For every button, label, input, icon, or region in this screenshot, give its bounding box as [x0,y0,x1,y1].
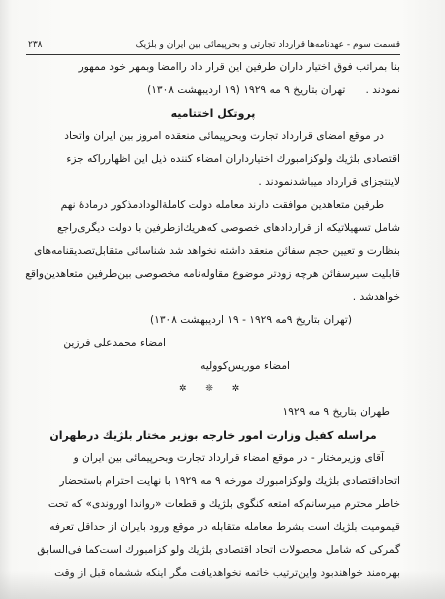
text-line: اتحاداقتصادی بلژیك ولوکزامبورك مورخه ۹ م… [26,470,400,493]
section-ornament-icon: ✲ ❊ ✲ [26,378,400,401]
text-line: اقتصادی بلژیك ولوکزامبورك اختیارداران ام… [26,148,400,171]
header-title: قرارداد تجارتی و بحرپیمائی بین ایران و ب… [136,40,305,50]
text-line: در موقع امضای قرارداد تجارت وبحرپیمائی م… [26,125,400,148]
protocol-heading: پروتکل اختتامیه [26,102,400,125]
page-body: بنا بمراتب فوق اختیار داران طرفین این قر… [26,56,400,585]
text-line: قابلیت سیرسفائن هرچه زودتر موضوع مقاوله‌… [26,263,400,286]
signature-farzin: امضاء محمدعلی فرزین [0,332,166,355]
text-line: خاطر محترم میرسانم‌که امتعه کنگوی بلژیك … [26,493,400,516]
text-line: آقای وزیرمختار - در موقع امضاء قرارداد ت… [26,447,400,470]
text-line: بنظارت و تعیین حجم سفائن منعقد داشته نخو… [26,240,400,263]
text-line: شامل تسهیلاتیکه از قراردادهای خصوصی که‌ه… [26,217,400,240]
text-line: بنا بمراتب فوق اختیار داران طرفین این قر… [26,56,400,79]
text-line: لاینتجزای قرارداد میباشدنمودند . [26,171,400,194]
signature-date: (تهران بتاریخ ۹مه ۱۹۲۹ - ۱۹ اردیبهشت ۱۳۰… [142,309,400,332]
text-line: طرفین متعاهدین موافقت دارند معامله دولت … [26,194,400,217]
header-section-label: قسمت سوم - عهدنامه‌ها [307,40,400,50]
scan-edge-shadow [0,571,445,599]
page-number: ۲۳۸ [28,40,43,50]
letter-heading: مراسله کفیل وزارت امور خارجه بوزیر مختار… [26,424,400,447]
running-header: قسمت سوم - عهدنامه‌ها قرارداد تجارتی و ب… [26,38,400,55]
scanned-page: قسمت سوم - عهدنامه‌ها قرارداد تجارتی و ب… [0,0,445,599]
text-line: گمرکی که شامل محصولات اتحاد اقتصادی بلژی… [26,539,400,562]
signature-couvelier: امضاء موریس‌کوولیه [40,355,290,378]
letter-date: طهران بتاریخ ۹ مه ۱۹۲۹ [26,401,400,424]
text-line: نمودند . تهران بتاریخ ۹ مه ۱۹۲۹ (۱۹ اردی… [26,79,400,102]
text-line: خواهدشد . [26,286,400,309]
text-line: قیمومیت بلژیك است بشرط معامله متقابله در… [26,516,400,539]
